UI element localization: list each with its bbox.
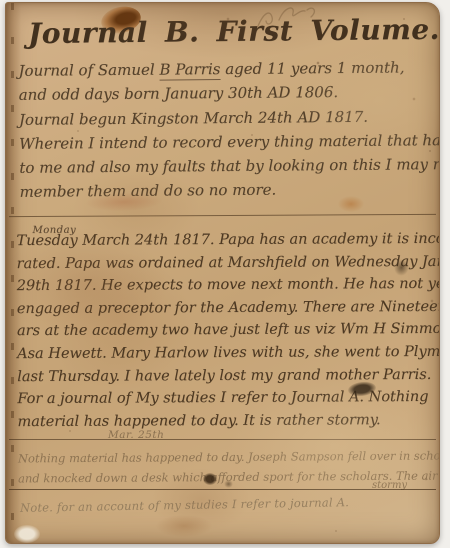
manuscript-line: Journal begun Kingston March 24th AD 181…: [19, 104, 435, 132]
stain-footer: [156, 515, 212, 537]
manuscript-line: member them and do so no more.: [19, 177, 435, 205]
manuscript-line: and odd days born January 30th AD 1806.: [19, 79, 435, 107]
manuscript-line: engaged a preceptor for the Academy. The…: [17, 296, 437, 321]
divider-line: [9, 439, 436, 440]
manuscript-paper: Journal B. First Volume. Journal of Samu…: [5, 2, 440, 544]
manuscript-line: rated. Papa was ordained at Marshfield o…: [17, 250, 437, 275]
entry-march-24: Monday Tuesday March 24th 1817. Papa has…: [16, 228, 437, 434]
manuscript-line: Journal of Samuel B Parris aged 11 years…: [18, 55, 434, 83]
footnote: Note. for an account of my studies I ref…: [20, 495, 349, 515]
manuscript-line: For a journal of My studies I refer to J…: [17, 386, 437, 411]
divider-line: [9, 489, 436, 490]
manuscript-line: last Thursday. I have lately lost my gra…: [17, 363, 437, 388]
scanned-journal-page: Journal B. First Volume. Journal of Samu…: [0, 0, 450, 548]
journal-title: Journal B. First Volume.: [28, 13, 428, 50]
divider-line: [9, 214, 436, 217]
manuscript-line: Asa Hewett. Mary Harlow lives with us, s…: [17, 341, 437, 366]
intro-line1-underlined-name: B Parris: [159, 60, 220, 81]
manuscript-line: Wherein I intend to record every thing m…: [19, 128, 435, 156]
manuscript-line: 29th 1817. He expects to move next month…: [17, 273, 437, 298]
manuscript-line: material has happened to day. It is rath…: [17, 409, 437, 434]
manuscript-line: to me and also my faults that by looking…: [19, 152, 435, 180]
intro-paragraph: Journal of Samuel B Parris aged 11 years…: [18, 55, 435, 204]
manuscript-line: Tuesday March 24th 1817. Papa has an aca…: [16, 228, 436, 253]
intro-line1-post: aged 11 years 1 month,: [220, 58, 404, 78]
intro-line1-pre: Journal of Samuel: [18, 61, 159, 80]
manuscript-line: ars at the academy two have just left us…: [17, 318, 437, 343]
date-correction: Monday: [32, 220, 76, 243]
